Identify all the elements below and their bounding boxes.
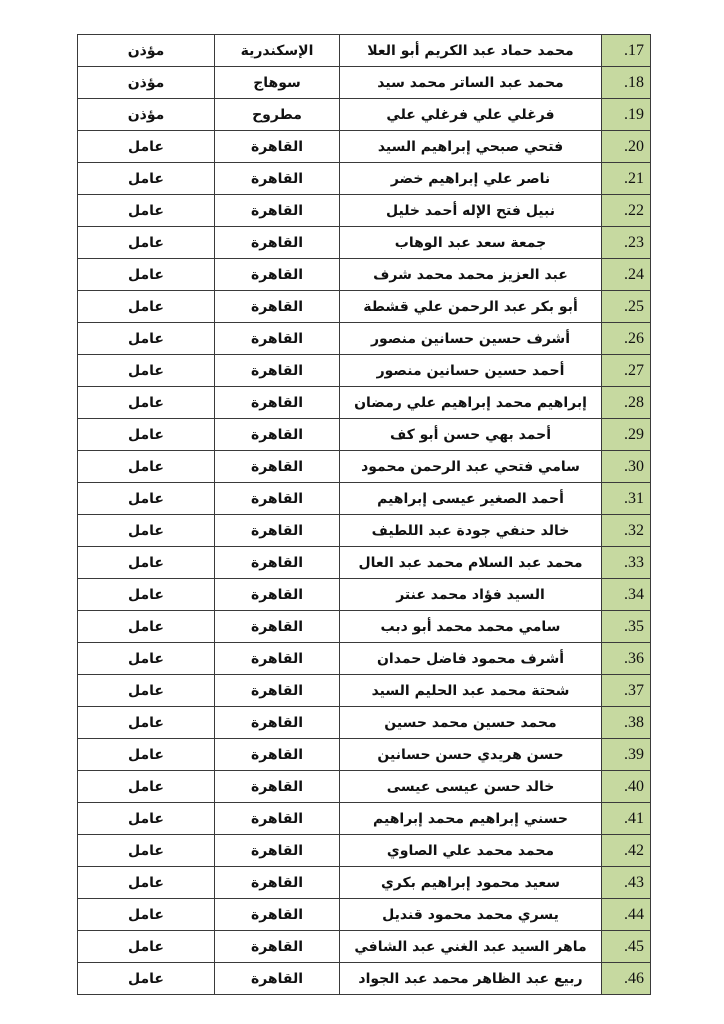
governorate-cell: القاهرة	[215, 547, 340, 579]
row-number-cell: .29	[602, 419, 651, 451]
full-name-cell: شحتة محمد عبد الحليم السيد	[340, 675, 602, 707]
table-row: مؤذن الإسكندرية محمد حماد عبد الكريم أبو…	[78, 35, 651, 67]
job-title-cell: مؤذن	[78, 67, 215, 99]
table-row: عامل القاهرة عبد العزيز محمد محمد شرف .2…	[78, 259, 651, 291]
governorate-cell: القاهرة	[215, 291, 340, 323]
governorate-cell: القاهرة	[215, 707, 340, 739]
row-number-cell: .43	[602, 867, 651, 899]
job-title-cell: عامل	[78, 835, 215, 867]
governorate-cell: القاهرة	[215, 483, 340, 515]
job-title-cell: عامل	[78, 291, 215, 323]
job-title-cell: عامل	[78, 803, 215, 835]
full-name-cell: السيد فؤاد محمد عنتر	[340, 579, 602, 611]
full-name-cell: ربيع عبد الظاهر محمد عبد الجواد	[340, 963, 602, 995]
table-row: عامل القاهرة ناصر علي إبراهيم خضر .21	[78, 163, 651, 195]
full-name-cell: حسني إبراهيم محمد إبراهيم	[340, 803, 602, 835]
job-title-cell: عامل	[78, 195, 215, 227]
table-row: عامل القاهرة يسري محمد محمود قنديل .44	[78, 899, 651, 931]
governorate-cell: القاهرة	[215, 963, 340, 995]
job-title-cell: عامل	[78, 611, 215, 643]
full-name-cell: نبيل فتح الإله أحمد خليل	[340, 195, 602, 227]
governorate-cell: القاهرة	[215, 611, 340, 643]
governorate-cell: القاهرة	[215, 899, 340, 931]
table-row: عامل القاهرة فتحي صبحي إبراهيم السيد .20	[78, 131, 651, 163]
governorate-cell: القاهرة	[215, 387, 340, 419]
table-row: عامل القاهرة أبو بكر عبد الرحمن علي قشطة…	[78, 291, 651, 323]
governorate-cell: مطروح	[215, 99, 340, 131]
table-row: عامل القاهرة محمد عبد السلام محمد عبد ال…	[78, 547, 651, 579]
job-title-cell: عامل	[78, 259, 215, 291]
full-name-cell: يسري محمد محمود قنديل	[340, 899, 602, 931]
row-number-cell: .17	[602, 35, 651, 67]
row-number-cell: .20	[602, 131, 651, 163]
table-row: عامل القاهرة جمعة سعد عبد الوهاب .23	[78, 227, 651, 259]
full-name-cell: أبو بكر عبد الرحمن علي قشطة	[340, 291, 602, 323]
row-number-cell: .23	[602, 227, 651, 259]
full-name-cell: أحمد حسين حسانين منصور	[340, 355, 602, 387]
row-number-cell: .24	[602, 259, 651, 291]
table-row: مؤذن مطروح فرغلي علي فرغلي علي .19	[78, 99, 651, 131]
job-title-cell: مؤذن	[78, 99, 215, 131]
row-number-cell: .36	[602, 643, 651, 675]
full-name-cell: أشرف محمود فاضل حمدان	[340, 643, 602, 675]
row-number-cell: .26	[602, 323, 651, 355]
governorate-cell: القاهرة	[215, 131, 340, 163]
full-name-cell: أحمد بهي حسن أبو كف	[340, 419, 602, 451]
row-number-cell: .34	[602, 579, 651, 611]
job-title-cell: عامل	[78, 483, 215, 515]
governorate-cell: القاهرة	[215, 451, 340, 483]
governorate-cell: القاهرة	[215, 579, 340, 611]
table-row: عامل القاهرة أشرف محمود فاضل حمدان .36	[78, 643, 651, 675]
job-title-cell: مؤذن	[78, 35, 215, 67]
full-name-cell: عبد العزيز محمد محمد شرف	[340, 259, 602, 291]
full-name-cell: محمد عبد السلام محمد عبد العال	[340, 547, 602, 579]
row-number-cell: .42	[602, 835, 651, 867]
row-number-cell: .32	[602, 515, 651, 547]
table-row: عامل القاهرة حسن هريدي حسن حسانين .39	[78, 739, 651, 771]
full-name-cell: أحمد الصغير عيسى إبراهيم	[340, 483, 602, 515]
governorate-cell: القاهرة	[215, 867, 340, 899]
governorate-cell: القاهرة	[215, 771, 340, 803]
full-name-cell: خالد حنفي جودة عبد اللطيف	[340, 515, 602, 547]
table-row: عامل القاهرة السيد فؤاد محمد عنتر .34	[78, 579, 651, 611]
job-title-cell: عامل	[78, 355, 215, 387]
job-title-cell: عامل	[78, 931, 215, 963]
job-title-cell: عامل	[78, 675, 215, 707]
full-name-cell: جمعة سعد عبد الوهاب	[340, 227, 602, 259]
full-name-cell: محمد حسين محمد حسين	[340, 707, 602, 739]
staff-table-body: مؤذن الإسكندرية محمد حماد عبد الكريم أبو…	[78, 35, 651, 995]
table-row: عامل القاهرة ماهر السيد عبد الغني عبد ال…	[78, 931, 651, 963]
governorate-cell: القاهرة	[215, 803, 340, 835]
governorate-cell: القاهرة	[215, 227, 340, 259]
table-row: عامل القاهرة خالد حسن عيسى عيسى .40	[78, 771, 651, 803]
table-row: عامل القاهرة خالد حنفي جودة عبد اللطيف .…	[78, 515, 651, 547]
table-row: عامل القاهرة إبراهيم محمد إبراهيم علي رم…	[78, 387, 651, 419]
table-row: عامل القاهرة نبيل فتح الإله أحمد خليل .2…	[78, 195, 651, 227]
table-row: عامل القاهرة أحمد حسين حسانين منصور .27	[78, 355, 651, 387]
table-row: عامل القاهرة أحمد الصغير عيسى إبراهيم .3…	[78, 483, 651, 515]
job-title-cell: عامل	[78, 707, 215, 739]
table-row: مؤذن سوهاج محمد عبد الساتر محمد سيد .18	[78, 67, 651, 99]
full-name-cell: ناصر علي إبراهيم خضر	[340, 163, 602, 195]
row-number-cell: .22	[602, 195, 651, 227]
row-number-cell: .30	[602, 451, 651, 483]
row-number-cell: .19	[602, 99, 651, 131]
row-number-cell: .28	[602, 387, 651, 419]
governorate-cell: القاهرة	[215, 835, 340, 867]
job-title-cell: عامل	[78, 323, 215, 355]
job-title-cell: عامل	[78, 419, 215, 451]
job-title-cell: عامل	[78, 963, 215, 995]
governorate-cell: القاهرة	[215, 195, 340, 227]
governorate-cell: القاهرة	[215, 515, 340, 547]
governorate-cell: القاهرة	[215, 323, 340, 355]
full-name-cell: سعيد محمود إبراهيم بكري	[340, 867, 602, 899]
row-number-cell: .44	[602, 899, 651, 931]
governorate-cell: القاهرة	[215, 259, 340, 291]
full-name-cell: حسن هريدي حسن حسانين	[340, 739, 602, 771]
job-title-cell: عامل	[78, 899, 215, 931]
job-title-cell: عامل	[78, 867, 215, 899]
job-title-cell: عامل	[78, 515, 215, 547]
full-name-cell: إبراهيم محمد إبراهيم علي رمضان	[340, 387, 602, 419]
job-title-cell: عامل	[78, 579, 215, 611]
full-name-cell: محمد حماد عبد الكريم أبو العلا	[340, 35, 602, 67]
table-row: عامل القاهرة أحمد بهي حسن أبو كف .29	[78, 419, 651, 451]
job-title-cell: عامل	[78, 387, 215, 419]
table-row: عامل القاهرة شحتة محمد عبد الحليم السيد …	[78, 675, 651, 707]
staff-table: مؤذن الإسكندرية محمد حماد عبد الكريم أبو…	[77, 34, 651, 995]
row-number-cell: .25	[602, 291, 651, 323]
table-row: عامل القاهرة سامي فتحي عبد الرحمن محمود …	[78, 451, 651, 483]
governorate-cell: القاهرة	[215, 643, 340, 675]
job-title-cell: عامل	[78, 739, 215, 771]
job-title-cell: عامل	[78, 131, 215, 163]
table-row: عامل القاهرة محمد محمد علي الصاوي .42	[78, 835, 651, 867]
governorate-cell: سوهاج	[215, 67, 340, 99]
table-row: عامل القاهرة أشرف حسين حسانين منصور .26	[78, 323, 651, 355]
table-row: عامل القاهرة حسني إبراهيم محمد إبراهيم .…	[78, 803, 651, 835]
document-page: مؤذن الإسكندرية محمد حماد عبد الكريم أبو…	[0, 0, 724, 1024]
row-number-cell: .27	[602, 355, 651, 387]
table-row: عامل القاهرة ربيع عبد الظاهر محمد عبد ال…	[78, 963, 651, 995]
job-title-cell: عامل	[78, 163, 215, 195]
full-name-cell: محمد محمد علي الصاوي	[340, 835, 602, 867]
job-title-cell: عامل	[78, 547, 215, 579]
row-number-cell: .41	[602, 803, 651, 835]
row-number-cell: .46	[602, 963, 651, 995]
governorate-cell: القاهرة	[215, 419, 340, 451]
job-title-cell: عامل	[78, 771, 215, 803]
governorate-cell: القاهرة	[215, 163, 340, 195]
full-name-cell: أشرف حسين حسانين منصور	[340, 323, 602, 355]
row-number-cell: .35	[602, 611, 651, 643]
governorate-cell: القاهرة	[215, 739, 340, 771]
row-number-cell: .40	[602, 771, 651, 803]
job-title-cell: عامل	[78, 227, 215, 259]
row-number-cell: .45	[602, 931, 651, 963]
row-number-cell: .31	[602, 483, 651, 515]
full-name-cell: خالد حسن عيسى عيسى	[340, 771, 602, 803]
job-title-cell: عامل	[78, 643, 215, 675]
table-row: عامل القاهرة محمد حسين محمد حسين .38	[78, 707, 651, 739]
row-number-cell: .37	[602, 675, 651, 707]
full-name-cell: محمد عبد الساتر محمد سيد	[340, 67, 602, 99]
full-name-cell: فتحي صبحي إبراهيم السيد	[340, 131, 602, 163]
row-number-cell: .39	[602, 739, 651, 771]
row-number-cell: .18	[602, 67, 651, 99]
governorate-cell: القاهرة	[215, 355, 340, 387]
table-row: عامل القاهرة سامي محمد محمد أبو دبب .35	[78, 611, 651, 643]
table-row: عامل القاهرة سعيد محمود إبراهيم بكري .43	[78, 867, 651, 899]
governorate-cell: الإسكندرية	[215, 35, 340, 67]
full-name-cell: فرغلي علي فرغلي علي	[340, 99, 602, 131]
full-name-cell: سامي فتحي عبد الرحمن محمود	[340, 451, 602, 483]
full-name-cell: ماهر السيد عبد الغني عبد الشافي	[340, 931, 602, 963]
job-title-cell: عامل	[78, 451, 215, 483]
row-number-cell: .38	[602, 707, 651, 739]
row-number-cell: .21	[602, 163, 651, 195]
governorate-cell: القاهرة	[215, 675, 340, 707]
governorate-cell: القاهرة	[215, 931, 340, 963]
full-name-cell: سامي محمد محمد أبو دبب	[340, 611, 602, 643]
row-number-cell: .33	[602, 547, 651, 579]
